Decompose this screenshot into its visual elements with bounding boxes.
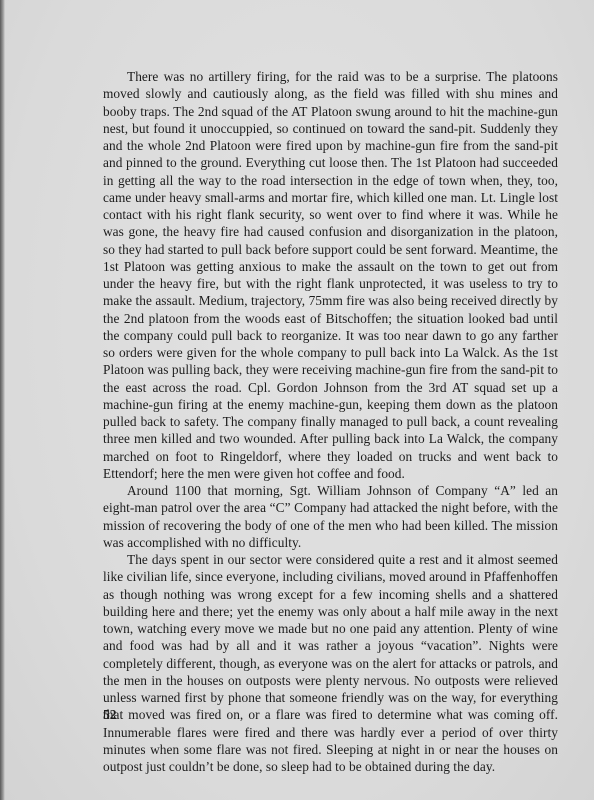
body-text: There was no artillery firing, for the r… [103, 68, 558, 775]
page-number: 52 [103, 707, 117, 723]
paragraph-sector: The days spent in our sector were consid… [103, 551, 558, 775]
paragraph-raid: There was no artillery firing, for the r… [103, 68, 558, 482]
paragraph-patrol: Around 1100 that morning, Sgt. William J… [103, 482, 558, 551]
